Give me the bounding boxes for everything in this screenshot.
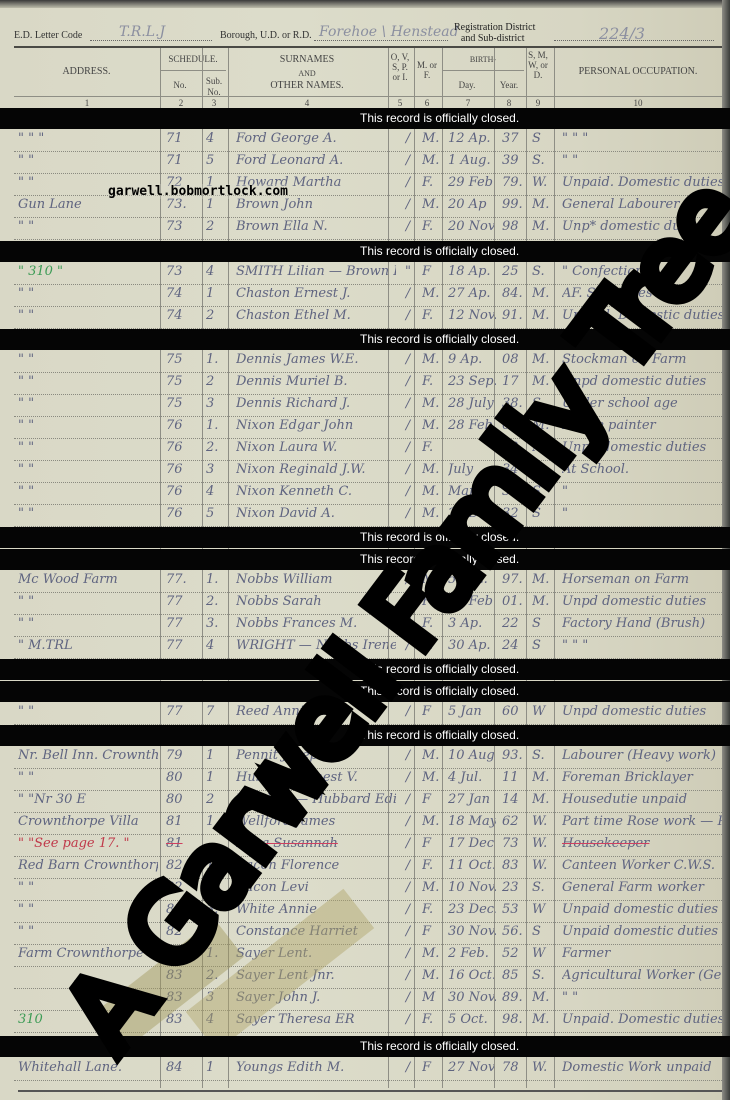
cell-birth-year: 85 [502,968,528,983]
cell-sex: M. [422,153,444,168]
cell-occupation: Unp* domestic duties [562,219,722,234]
cell-address: " " [18,352,158,367]
cell-schedule-sub: 4 [206,131,230,146]
census-row: " "752Dennis Muriel B./F.23 Sep.17M.Unpd… [14,372,722,395]
cell-occupation: " " " [562,638,722,653]
cell-name: Dennis James W.E. [236,352,396,367]
cell-schedule-no: 75 [166,396,200,411]
cell-birth-year: 98. [502,1012,528,1027]
cell-occupation: Unpaid. Domestic duties [562,1012,722,1027]
census-row: " "742Chaston Ethel M./F.12 Nov.91.M.Unp… [14,306,722,329]
cell-birth-day: 12 Nov. [448,308,496,323]
cell-birth-year: 14 [502,792,528,807]
cell-schedule-sub: 1 [206,197,230,212]
cell-schedule-no: 71 [166,153,200,168]
cell-birth-day: 28 Feb. [448,418,496,433]
cell-birth-year: 17 [502,374,528,389]
cell-occupation: " Confectioner [562,264,722,279]
census-row: " "801Hubbard Ernest V./M.4 Jul.11M.Fore… [14,768,722,791]
cell-sex: M. [422,396,444,411]
cell-marital-status: M. [532,770,554,785]
cell-occupation: Unpd domestic duties [562,594,722,609]
cell-birth-year: 52 [502,946,528,961]
cell-birth-day: 5 Jan [448,704,496,719]
cell-birth-year: 23 [502,880,528,895]
cell-birth-day: 11 Oct. [448,858,496,873]
cell-address: " " [18,506,158,521]
cell-address: " " [18,440,158,455]
cell-address: Crownthorpe Villa [18,814,158,829]
cell-occupation: " " [562,153,722,168]
cell-schedule-sub: 5 [206,506,230,521]
cell-sex: M. [422,197,444,212]
cell-address: Nr. Bell Inn. Crownthorpe [18,748,158,763]
registration-label-1: Registration District [454,22,535,33]
cell-marital-status: M. [532,352,554,367]
page-header: E.D. Letter Code T.R.L.J Borough, U.D. o… [14,22,712,44]
census-row: " "Nr 30 E802MOUNT — Hubbard Edith H./F2… [14,790,722,813]
cell-address: " " [18,396,158,411]
cell-schedule-no: 73 [166,264,200,279]
cell-birth-year: 08 [502,352,528,367]
col-occupation: PERSONAL OCCUPATION. [554,66,722,77]
cell-address: Red Barn Crownthorpe Rd [18,858,158,873]
col-surnames: SURNAMES [228,54,386,65]
cell-birth-day: 12 Ap. [448,131,496,146]
cell-marital-status: W [532,704,554,719]
census-row: " "822.Bacon Levi/M.10 Nov.23S.General F… [14,878,722,901]
census-row: " "765Nixon David A./M.20 Dec.32S" [14,504,722,527]
cell-schedule-no: 74 [166,308,200,323]
cell-occupation: Canteen Worker C.W.S. [562,858,722,873]
col-address: ADDRESS. [14,66,159,77]
census-row: Mc Wood Farm77.1.Nobbs William/M.5 Oct.9… [14,570,722,593]
census-row: Whitehall Lane.841Youngs Edith M./F27 No… [14,1058,722,1081]
cell-marital-status: S. [532,153,554,168]
cell-marital-status: S. [532,462,554,477]
census-row: " "751.Dennis James W.E./M.9 Ap.08M.Stoc… [14,350,722,373]
cell-birth-year: 25 [502,264,528,279]
closed-record-text: This record is officially closed. [360,549,519,570]
cell-birth-year: 84. [502,286,528,301]
cell-schedule-sub: 3. [206,902,230,917]
cell-sex: F [422,594,444,609]
cell-occupation: " " [562,990,722,1005]
closed-record-text: This record is officially closed. [360,329,519,350]
col-mf: M. or F. [414,60,440,80]
ed-letter-code-label: E.D. Letter Code [14,30,82,41]
cell-birth-year: 98 [502,219,528,234]
closed-record-text: This record is officially closed. [360,241,519,262]
cell-occupation: General Farm worker [562,880,722,895]
cell-schedule-no: 79 [166,748,200,763]
cell-birth-day: 30 Nov. [448,990,496,1005]
closed-record-bar: This record is officially closed. [0,527,730,548]
cell-schedule-sub: 5 [206,153,230,168]
cell-birth-day: July [448,462,496,477]
cell-sex: M. [422,968,444,983]
census-row: " "764Nixon Kenneth C./M.Mar.31S" [14,482,722,505]
cell-birth-year: 56. [502,924,528,939]
cell-schedule-sub: 1 [206,770,230,785]
cell-marital-status: M. [532,308,554,323]
census-row: " "741Chaston Ernest J./M.27 Ap.84.M.AF.… [14,284,722,307]
cell-sex: M. [422,418,444,433]
cell-birth-year: 01. [502,594,528,609]
cell-birth-year: 91. [502,308,528,323]
cell-schedule-no: 82 [166,858,200,873]
cell-occupation: " [562,484,722,499]
cell-birth-year: 31 [502,484,528,499]
census-row: " M.TRL774WRIGHT — Nobbs Irene E./F.30 A… [14,636,722,659]
cell-birth-day: 16 Oct. [448,968,496,983]
cell-name: Pennit Joseph [236,748,396,763]
census-row: " "761.Nixon Edgar John/M.28 Feb.02M.Hou… [14,416,722,439]
cell-birth-day: 2 Feb. [448,946,496,961]
cell-birth-year: 11 [502,770,528,785]
cell-schedule-sub: 2. [206,880,230,895]
cell-occupation: Unpaid domestic duties (Retired) [562,902,722,917]
census-row: " 310 "734SMITH Lilian — Brown Lily Ruth… [14,262,722,285]
cell-schedule-sub: 1 [206,286,230,301]
cell-address: Gun Lane [18,197,158,212]
cell-occupation: " " " [562,131,722,146]
cell-schedule-no: 81 [166,814,200,829]
cell-occupation: Domestic Work unpaid [562,1060,722,1075]
cell-occupation: Unpd domestic duties [562,704,722,719]
cell-birth-year: 34 [502,462,528,477]
cell-birth-year: 73 [502,836,528,851]
borough-label: Borough, U.D. or R.D. [220,30,312,41]
census-row: " "777Reed Annie E./F5 Jan60WUnpd domest… [14,702,722,725]
cell-birth-year: 62 [502,814,528,829]
cell-name: Nixon David A. [236,506,396,521]
cell-birth-day: 20 Nov [448,219,496,234]
cell-occupation: Unpaid domestic duties [562,924,722,939]
cell-sex: M. [422,748,444,763]
cell-name: Dennis Richard J. [236,396,396,411]
cell-schedule-no: 84 [166,1060,200,1075]
cell-marital-status: M. [532,792,554,807]
cell-occupation: Horseman on Farm [562,572,722,587]
census-row: Red Barn Crownthorpe Rd821Bacon Florence… [14,856,722,879]
cell-schedule-sub: 2 [206,374,230,389]
cell-address: " "Nr 30 E [18,792,158,807]
cell-schedule-no: 71 [166,131,200,146]
cell-birth-day: 4 Jul. [448,770,496,785]
cell-birth-day: 30 Ap. [448,638,496,653]
census-row: Crownthorpe Villa811Wellford James/M.18 … [14,812,722,835]
cell-sex: F. [422,219,444,234]
col-schedule-no: No. [160,80,200,91]
cell-schedule-no: 76 [166,418,200,433]
cell-sex: M. [422,352,444,367]
cell-marital-status: S [532,616,554,631]
cell-sex: M [422,990,444,1005]
cell-marital-status: W [532,902,554,917]
census-row: " "762.Nixon Laura W./F.02M.Unpd domesti… [14,438,722,461]
cell-occupation: Foreman Bricklayer [562,770,722,785]
cell-schedule-sub: 3 [206,396,230,411]
cell-name: Bacon Levi [236,880,396,895]
cell-name: Ford Leonard A. [236,153,396,168]
cell-birth-year: 38. [502,396,528,411]
census-row: Farm Crownthorpe831.Sayer Lent./M.2 Feb.… [14,944,722,967]
cell-schedule-sub: 1 [206,814,230,829]
cell-marital-status: M. [532,572,554,587]
cell-address: " " [18,924,158,939]
cell-schedule-no: 76 [166,484,200,499]
cell-marital-status: S [532,131,554,146]
cell-birth-year: 89. [502,990,528,1005]
cell-address: " " [18,374,158,389]
cell-birth-year: 32 [502,506,528,521]
cell-schedule-sub: 1. [206,572,230,587]
closed-record-bar: This record is officially closed. [0,659,730,680]
col-birth-day: Day. [442,80,492,91]
closed-record-bar: This record is officially closed. [0,725,730,746]
cell-schedule-sub: 2 [206,308,230,323]
cell-marital-status: S [532,638,554,653]
cell-schedule-sub: 2. [206,440,230,455]
cell-occupation: Unpaid. Domestic duties [562,308,722,323]
cell-schedule-no: 81 [166,836,200,851]
cell-occupation: At School. [562,462,722,477]
cell-address: Mc Wood Farm [18,572,158,587]
cell-sex: F [422,924,444,939]
cell-sex: M. [422,770,444,785]
cell-birth-day: 9 Ap. [448,352,496,367]
scan-top-edge [0,0,730,8]
cell-name: Bacon Florence [236,858,396,873]
cell-schedule-no: 77 [166,638,200,653]
closed-record-bar: This record is officially closed. [0,241,730,262]
col-birth: BIRTH- [442,54,524,65]
census-row: Nr. Bell Inn. Crownthorpe791Pennit Josep… [14,746,722,769]
cell-address: " " [18,153,158,168]
cell-birth-day: 27 Ap. [448,286,496,301]
cell-schedule-no: 73 [166,219,200,234]
cell-birth-year: 93. [502,748,528,763]
closed-record-bar: This record is officially closed. [0,549,730,570]
cell-name: Youngs Edith M. [236,1060,396,1075]
cell-occupation: Under school age [562,396,722,411]
col-other-names: OTHER NAMES. [228,80,386,91]
cell-marital-status: M. [532,440,554,455]
cell-schedule-sub: 3. [206,616,230,631]
cell-sex: F [422,792,444,807]
cell-name: Dennis Muriel B. [236,374,396,389]
cell-sex: F. [422,308,444,323]
cell-sex: F. [422,1012,444,1027]
cell-name: Hubbard Ernest V. [236,770,396,785]
cell-birth-year: 78 [502,1060,528,1075]
closed-record-bar: This record is officially closed. [0,681,730,702]
cell-name: Nixon Kenneth C. [236,484,396,499]
closed-record-text: This record is officially closed. [360,108,519,129]
cell-birth-day: 5 Oct. [448,1012,496,1027]
cell-address: " " [18,308,158,323]
cell-birth-day: 3 Ap. [448,616,496,631]
cell-address: " M.TRL [18,638,158,653]
census-row: " "732Brown Ella N./F.20 Nov98M.Unp* dom… [14,217,722,240]
census-row: " "See page 17. "81Long Susannah/F17 Dec… [14,834,722,857]
cell-birth-day: 20 Dec. [448,506,496,521]
cell-schedule-no: 76 [166,440,200,455]
cell-name: Chaston Ethel M. [236,308,396,323]
cell-sex: F [422,1060,444,1075]
cell-sex: F [422,264,444,279]
cell-address: " " [18,594,158,609]
closed-record-bar: This record is officially closed. [0,1036,730,1057]
cell-schedule-no: 77. [166,572,200,587]
cell-birth-day: Mar. [448,484,496,499]
cell-marital-status: S. [532,396,554,411]
cell-occupation: Housedutie unpaid [562,792,722,807]
cell-sex: F [422,836,444,851]
cell-marital-status: M. [532,990,554,1005]
cell-marital-status: W. [532,814,554,829]
cell-marital-status: W. [532,1060,554,1075]
cell-sex: F [422,704,444,719]
cell-sex: F. [422,638,444,653]
cell-schedule-sub: 1. [206,352,230,367]
cell-birth-day: 10 Aug [448,748,496,763]
cell-occupation: Factory Hand (Brush) [562,616,722,631]
cell-name: SMITH Lilian — Brown Lily Ruth [236,264,396,279]
cell-address: " " [18,770,158,785]
cell-address: " " [18,462,158,477]
registration-label: Registration District and Sub-district [454,22,535,44]
cell-sex: M. [422,572,444,587]
cell-schedule-no: 80 [166,770,200,785]
cell-sex: F. [422,858,444,873]
cell-occupation: House painter [562,418,722,433]
cell-name: Nixon Laura W. [236,440,396,455]
cell-marital-status: S. [532,264,554,279]
cell-name: Brown John [236,197,396,212]
closed-record-bar: This record is officially closed. [0,108,730,129]
cell-address: Farm Crownthorpe [18,946,158,961]
cell-occupation: Labourer (Heavy work) [562,748,722,763]
cell-birth-day: 23 Sep. [448,374,496,389]
cell-marital-status: M. [532,197,554,212]
cell-marital-status: W. [532,858,554,873]
cell-occupation: AF. Sgt. Sales (Abt) [562,286,722,301]
cell-schedule-sub: 4 [206,484,230,499]
cell-sex: M. [422,880,444,895]
closed-record-text: This record is officially closed. [360,659,519,680]
cell-schedule-no: 77 [166,704,200,719]
cell-address: " " " [18,131,158,146]
cell-schedule-no: 77 [166,616,200,631]
cell-schedule-sub: 1 [206,1060,230,1075]
cell-birth-year: 02 [502,418,528,433]
cell-marital-status: S [532,484,554,499]
cell-address: Whitehall Lane. [18,1060,158,1075]
cell-sex: M. [422,814,444,829]
cell-schedule-no: 75 [166,352,200,367]
cell-birth-day: 18 Ap. [448,264,496,279]
cell-sex: F. [422,374,444,389]
cell-occupation: Part time Rose work — Police officer (Re… [562,814,722,829]
cell-schedule-sub: 4 [206,264,230,279]
borough-value: Forehoe \ Henstead [319,24,459,40]
cell-birth-day: 29 Feb [448,175,496,190]
cell-schedule-no: 76 [166,506,200,521]
grid-line [14,96,722,97]
cell-sex: M. [422,484,444,499]
cell-birth-day: 5 Oct. [448,572,496,587]
watermark-url: garwell.bobmortlock.com [108,184,288,199]
cell-marital-status: M. [532,374,554,389]
cell-address: " " [18,418,158,433]
cell-occupation: Farmer [562,946,722,961]
grid-line [442,70,524,71]
cell-schedule-sub: 3 [206,462,230,477]
dotted-leader [90,40,212,41]
cell-birth-year: 83 [502,858,528,873]
cell-marital-status: S. [532,748,554,763]
closed-record-text: This record is officially closed. [360,725,519,746]
cell-birth-year: 02 [502,440,528,455]
cell-schedule-sub: 2 [206,792,230,807]
cell-name: Chaston Ernest J. [236,286,396,301]
bottom-rule [18,1090,722,1092]
closed-record-text: This record is officially closed. [360,1036,519,1057]
col-smwd: S, M, W, or D. [526,50,550,80]
cell-schedule-sub: 1 [206,858,230,873]
col-schedule: SCHEDULE. [160,54,226,65]
cell-schedule-sub: 2. [206,594,230,609]
census-row: " "763Nixon Reginald J.W./M.July34S.At S… [14,460,722,483]
grid-line [160,70,226,71]
cell-marital-status: M. [532,1012,554,1027]
cell-birth-day: 1 Aug. [448,153,496,168]
cell-schedule-sub: 1. [206,418,230,433]
cell-marital-status: S. [532,880,554,895]
cell-sex: M. [422,131,444,146]
cell-name: Ford George A. [236,131,396,146]
cell-name: WRIGHT — Nobbs Irene E. [236,638,396,653]
cell-address: " 310 " [18,264,158,279]
col-schedule-sub: Sub. No. [202,76,226,98]
cell-address: " " [18,616,158,631]
cell-sex: M. [422,506,444,521]
cell-name: Nixon Reginald J.W. [236,462,396,477]
cell-sex: M. [422,946,444,961]
cell-birth-year: 60 [502,704,528,719]
cell-name: Brown Ella N. [236,219,396,234]
cell-marital-status: S [532,924,554,939]
cell-occupation: Stockman on Farm [562,352,722,367]
col-ovspi: O, V, S, P. or I. [388,52,412,82]
cell-schedule-no: 80 [166,792,200,807]
cell-address: " "See page 17. " [18,836,158,851]
cell-birth-year: 22 [502,616,528,631]
cell-birth-day: 28 July [448,396,496,411]
cell-address: " " [18,880,158,895]
cell-birth-day: 18 May [448,814,496,829]
cell-birth-year: 53 [502,902,528,917]
cell-birth-year: 37 [502,131,528,146]
cell-marital-status: S. [532,968,554,983]
cell-birth-year: 24 [502,638,528,653]
cell-schedule-no: 76 [166,462,200,477]
registration-label-2: and Sub-district [450,33,535,44]
cell-occupation: " [562,506,722,521]
cell-address: " " [18,902,158,917]
